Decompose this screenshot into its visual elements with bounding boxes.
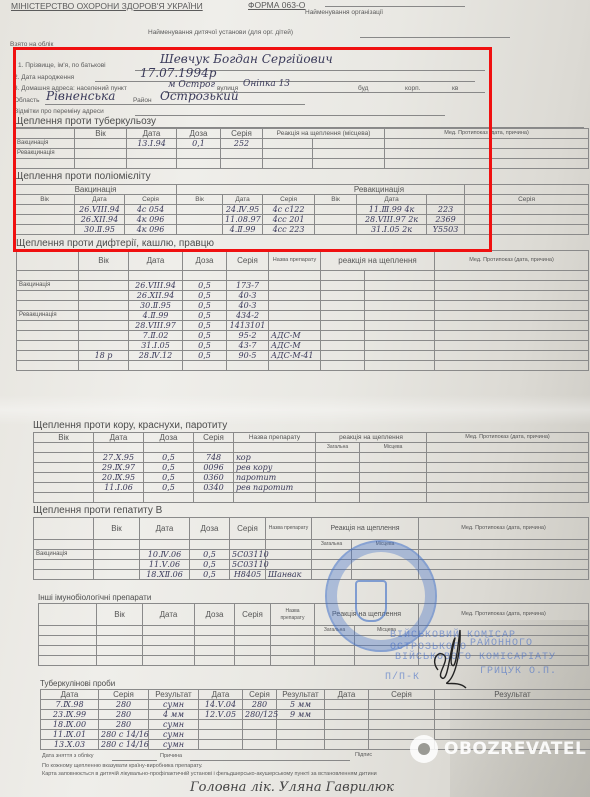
table-row: 20.Ⅸ.950,50360паротит (34, 473, 589, 483)
mmr-title: Щеплення проти кору, краснухи, паротиту (33, 420, 227, 431)
highlight-box (13, 47, 492, 252)
signature-label: Підпис (355, 752, 372, 758)
dtp-table: Вік Дата Доза Серія Назва препарату реак… (16, 250, 589, 371)
table-row: Вакцинація10.Ⅳ.060,55С03110 (34, 550, 589, 560)
hepb-table: Вік Дата Доза Серія Назва препарату Реак… (33, 517, 589, 580)
table-row: 18 р28.Ⅳ.120,590-5АДС-М-41 (17, 351, 589, 361)
org-caption: Найменування організації (305, 9, 383, 16)
table-row: 11.Ⅰ.060,50340рев паротит (34, 483, 589, 493)
removed-label: Дата зняття з обліку (42, 753, 93, 759)
hepb-title: Щеплення проти гепатиту В (33, 505, 162, 516)
other-title: Інші імунобіологічні препарати (38, 593, 151, 602)
table-row: 28.VIII.970,51413101 (17, 321, 589, 331)
table-row: 26.XII.940,540-3 (17, 291, 589, 301)
stamp-text-2: РАЙОННОГО (470, 638, 533, 649)
note-1: По кожному щепленню вказувати країну-вир… (42, 763, 203, 769)
org-line (325, 6, 465, 7)
watermark: OBOZREVATEL (410, 735, 586, 763)
trident-emblem-icon (355, 580, 387, 622)
handwritten-note: Головна лік. Уляна Гаврилюк (190, 780, 394, 795)
reason-line (190, 760, 350, 761)
document-page: МІНІСТЕРСТВО ОХОРОНИ ЗДОРОВ'Я УКРАЇНИ ФО… (0, 0, 590, 797)
watermark-text: OBOZREVATEL (444, 739, 586, 759)
institution-line (360, 37, 510, 38)
table-row (17, 271, 589, 281)
ministry-title: МІНІСТЕРСТВО ОХОРОНИ ЗДОРОВ'Я УКРАЇНИ (11, 1, 203, 11)
form-number: ФОРМА 063-О (248, 0, 305, 10)
table-row: 29.Ⅸ.970,50096рев кору (34, 463, 589, 473)
mmr-table: Вік Дата Доза Серія Назва препарату реак… (33, 432, 589, 503)
table-row: 11.Ⅴ.060,55С03110 (34, 560, 589, 570)
table-row: 23.Ⅸ.992804 мм12.Ⅴ.05280/1259 мм (41, 710, 590, 720)
reason-label: Причина (160, 753, 182, 759)
table-row: 18.ⅩⅡ.060,5Н8405Шанвак (34, 570, 589, 580)
table-row (17, 361, 589, 371)
tuberculin-title: Туберкулінові проби (40, 679, 115, 688)
table-row: 18.Ⅸ.00280сумн (41, 720, 590, 730)
table-row: 7.Ⅱ.020,595-2АДС-М (17, 331, 589, 341)
removed-line (112, 760, 157, 761)
stamp-text-5: ГРИЦУК О.П. (480, 666, 557, 677)
note-2: Карта заповнюється в дитячій лікувально-… (42, 771, 377, 777)
table-row: 27.Ⅹ.950,5748кор (34, 453, 589, 463)
obozrevatel-logo-icon (410, 735, 438, 763)
table-row: 30.Ⅱ.950,540-3 (17, 301, 589, 311)
table-row: 7.Ⅸ.98280сумн14.Ⅴ.042805 мм (41, 700, 590, 710)
table-row: Ревакцинація4.Ⅱ.990,5434-2 (17, 311, 589, 321)
signature-icon (428, 620, 468, 690)
table-row: 31.Ⅰ.050,543-7АДС-М (17, 341, 589, 351)
stamp-text-6: П/П-К (385, 672, 420, 683)
stamp-text-4: ВІЙСЬКОВОГО КОМІСАРІАТУ (395, 652, 556, 663)
institution-caption: Найменування дитячої установи (для орг. … (148, 29, 293, 36)
table-row: Вакцинація26.VIII.940,5173-7 (17, 281, 589, 291)
